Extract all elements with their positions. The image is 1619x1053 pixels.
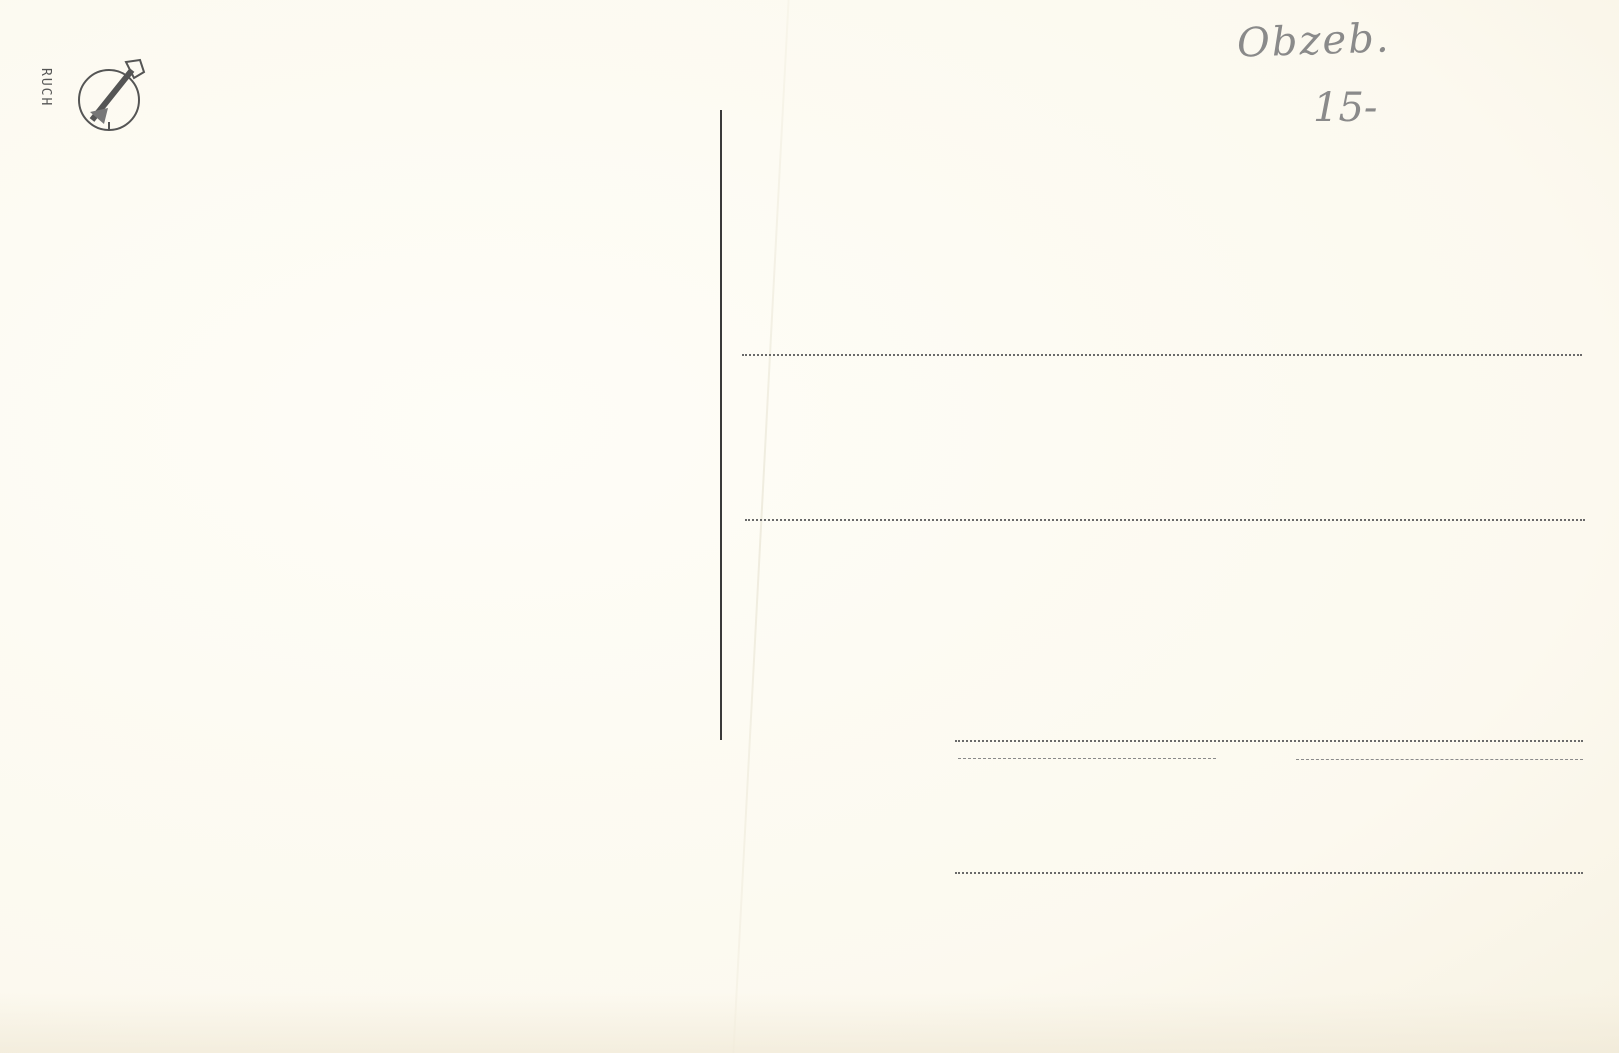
paper-edge-shadow	[0, 993, 1619, 1053]
address-line-4	[955, 872, 1583, 874]
handwritten-price: 15-	[1313, 85, 1377, 131]
postcard-back: RUCH Obzeb. 15-	[0, 0, 1619, 1053]
paper-crease	[732, 0, 789, 1053]
address-line-3-underline-left	[958, 758, 1216, 759]
handwritten-note-line1: Obzeb.	[1236, 15, 1391, 66]
address-line-2	[745, 519, 1585, 521]
address-line-3	[955, 740, 1583, 742]
publisher-name: RUCH	[38, 68, 53, 107]
message-address-divider	[720, 110, 722, 740]
ruch-lamp-logo-icon	[64, 52, 154, 142]
publisher-logo: RUCH	[42, 52, 142, 142]
address-line-3-underline-right	[1296, 759, 1583, 760]
address-line-1	[742, 354, 1582, 356]
